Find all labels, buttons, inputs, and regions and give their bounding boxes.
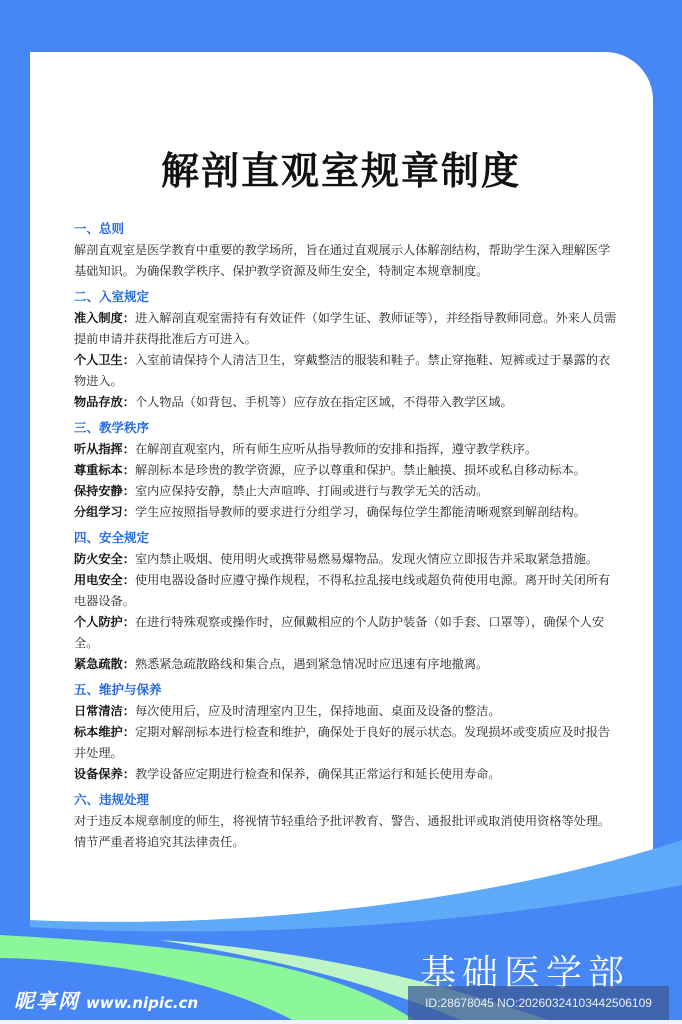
paragraph-label: 保持安静： xyxy=(74,484,135,498)
paragraph: 用电安全：使用电器设备时应遵守操作规程，不得私拉乱接电线或超负荷使用电源。离开时… xyxy=(74,570,620,612)
section-safety: 四、安全规定 防火安全：室内禁止吸烟、使用明火或携带易燃易爆物品。发现火情应立即… xyxy=(74,527,620,675)
paragraph-label: 标本维护： xyxy=(74,725,135,739)
page-title: 解剖直观室规章制度 xyxy=(0,140,682,195)
paragraph: 个人防护：在进行特殊观察或操作时，应佩戴相应的个人防护装备（如手套、口罩等），确… xyxy=(74,612,620,654)
paragraph-text: 在解剖直观室内，所有师生应听从指导教师的安排和指挥，遵守教学秩序。 xyxy=(135,442,537,456)
paragraph-label: 准入制度： xyxy=(74,311,135,325)
section-entry-rules: 二、入室规定 准入制度：进入解剖直观室需持有有效证件（如学生证、教师证等），并经… xyxy=(74,286,620,413)
paragraph: 尊重标本：解剖标本是珍贵的教学资源，应予以尊重和保护。禁止触摸、损坏或私自移动标… xyxy=(74,460,620,481)
paragraph-text: 室内应保持安静，禁止大声喧哗、打闹或进行与教学无关的活动。 xyxy=(135,484,488,498)
section-heading: 五、维护与保养 xyxy=(74,679,620,701)
paragraph: 防火安全：室内禁止吸烟、使用明火或携带易燃易爆物品。发现火情应立即报告并采取紧急… xyxy=(74,549,620,570)
section-heading: 四、安全规定 xyxy=(74,527,620,549)
paragraph-label: 日常清洁： xyxy=(74,704,135,718)
section-heading: 六、违规处理 xyxy=(74,789,620,811)
section-heading: 一、总则 xyxy=(74,218,620,240)
paragraph: 个人卫生：入室前请保持个人清洁卫生，穿戴整洁的服装和鞋子。禁止穿拖鞋、短裤或过于… xyxy=(74,350,620,392)
paragraph: 保持安静：室内应保持安静，禁止大声喧哗、打闹或进行与教学无关的活动。 xyxy=(74,481,620,502)
paragraph-text: 对于违反本规章制度的师生，将视情节轻重给予批评教育、警告、通报批评或取消使用资格… xyxy=(74,814,610,849)
rules-content: 一、总则 解剖直观室是医学教育中重要的教学场所，旨在通过直观展示人体解剖结构，帮… xyxy=(74,218,620,857)
paragraph: 对于违反本规章制度的师生，将视情节轻重给予批评教育、警告、通报批评或取消使用资格… xyxy=(74,811,620,853)
paragraph-text: 解剖标本是珍贵的教学资源，应予以尊重和保护。禁止触摸、损坏或私自移动标本。 xyxy=(135,463,586,477)
paragraph-label: 个人卫生： xyxy=(74,353,135,367)
section-maintenance: 五、维护与保养 日常清洁：每次使用后，应及时清理室内卫生，保持地面、桌面及设备的… xyxy=(74,679,620,785)
paragraph: 准入制度：进入解剖直观室需持有有效证件（如学生证、教师证等），并经指导教师同意。… xyxy=(74,308,620,350)
paragraph-text: 使用电器设备时应遵守操作规程，不得私拉乱接电线或超负荷使用电源。离开时关闭所有电… xyxy=(74,573,610,608)
section-general: 一、总则 解剖直观室是医学教育中重要的教学场所，旨在通过直观展示人体解剖结构，帮… xyxy=(74,218,620,282)
section-teaching-order: 三、教学秩序 听从指挥：在解剖直观室内，所有师生应听从指导教师的安排和指挥，遵守… xyxy=(74,417,620,523)
paragraph: 分组学习：学生应按照指导教师的要求进行分组学习，确保每位学生都能清晰观察到解剖结… xyxy=(74,502,620,523)
paragraph-text: 室内禁止吸烟、使用明火或携带易燃易爆物品。发现火情应立即报告并采取紧急措施。 xyxy=(135,552,598,566)
poster: 解剖直观室规章制度 一、总则 解剖直观室是医学教育中重要的教学场所，旨在通过直观… xyxy=(0,0,682,1024)
paragraph: 标本维护：定期对解剖标本进行检查和维护，确保处于良好的展示状态。发现损坏或变质应… xyxy=(74,722,620,764)
paragraph-label: 紧急疏散： xyxy=(74,657,135,671)
paragraph-label: 听从指挥： xyxy=(74,442,135,456)
watermark-logo: 昵享网 xyxy=(14,989,80,1013)
paragraph-label: 物品存放： xyxy=(74,395,135,409)
paragraph-text: 每次使用后，应及时清理室内卫生，保持地面、桌面及设备的整洁。 xyxy=(135,704,501,718)
paragraph-label: 尊重标本： xyxy=(74,463,135,477)
paragraph: 解剖直观室是医学教育中重要的教学场所，旨在通过直观展示人体解剖结构，帮助学生深入… xyxy=(74,240,620,282)
paragraph-text: 入室前请保持个人清洁卫生，穿戴整洁的服装和鞋子。禁止穿拖鞋、短裤或过于暴露的衣物… xyxy=(74,353,610,388)
paragraph-label: 用电安全： xyxy=(74,573,135,587)
paragraph-text: 进入解剖直观室需持有有效证件（如学生证、教师证等），并经指导教师同意。外来人员需… xyxy=(74,311,616,346)
image-id-bar: ID:28678045 NO:20260324103442506109 xyxy=(408,986,669,1020)
paragraph: 日常清洁：每次使用后，应及时清理室内卫生，保持地面、桌面及设备的整洁。 xyxy=(74,701,620,722)
watermark: 昵享网www.nipic.cn xyxy=(14,985,198,1014)
paragraph-text: 学生应按照指导教师的要求进行分组学习，确保每位学生都能清晰观察到解剖结构。 xyxy=(135,505,586,519)
section-heading: 二、入室规定 xyxy=(74,286,620,308)
paragraph-label: 分组学习： xyxy=(74,505,135,519)
paragraph-label: 个人防护： xyxy=(74,615,135,629)
paragraph: 物品存放：个人物品（如背包、手机等）应存放在指定区域，不得带入教学区域。 xyxy=(74,392,620,413)
section-violations: 六、违规处理 对于违反本规章制度的师生，将视情节轻重给予批评教育、警告、通报批评… xyxy=(74,789,620,853)
watermark-url: www.nipic.cn xyxy=(86,994,198,1012)
section-heading: 三、教学秩序 xyxy=(74,417,620,439)
paragraph: 设备保养：教学设备应定期进行检查和保养，确保其正常运行和延长使用寿命。 xyxy=(74,764,620,785)
paragraph-text: 个人物品（如背包、手机等）应存放在指定区域，不得带入教学区域。 xyxy=(135,395,513,409)
paragraph: 紧急疏散：熟悉紧急疏散路线和集合点，遇到紧急情况时应迅速有序地撤离。 xyxy=(74,654,620,675)
paragraph-label: 防火安全： xyxy=(74,552,135,566)
paragraph-text: 熟悉紧急疏散路线和集合点，遇到紧急情况时应迅速有序地撤离。 xyxy=(135,657,488,671)
paragraph-text: 教学设备应定期进行检查和保养，确保其正常运行和延长使用寿命。 xyxy=(135,767,501,781)
paragraph: 听从指挥：在解剖直观室内，所有师生应听从指导教师的安排和指挥，遵守教学秩序。 xyxy=(74,439,620,460)
paragraph-text: 定期对解剖标本进行检查和维护，确保处于良好的展示状态。发现损坏或变质应及时报告并… xyxy=(74,725,610,760)
paragraph-text: 解剖直观室是医学教育中重要的教学场所，旨在通过直观展示人体解剖结构，帮助学生深入… xyxy=(74,243,610,278)
paragraph-text: 在进行特殊观察或操作时，应佩戴相应的个人防护装备（如手套、口罩等），确保个人安全… xyxy=(74,615,604,650)
paragraph-label: 设备保养： xyxy=(74,767,135,781)
